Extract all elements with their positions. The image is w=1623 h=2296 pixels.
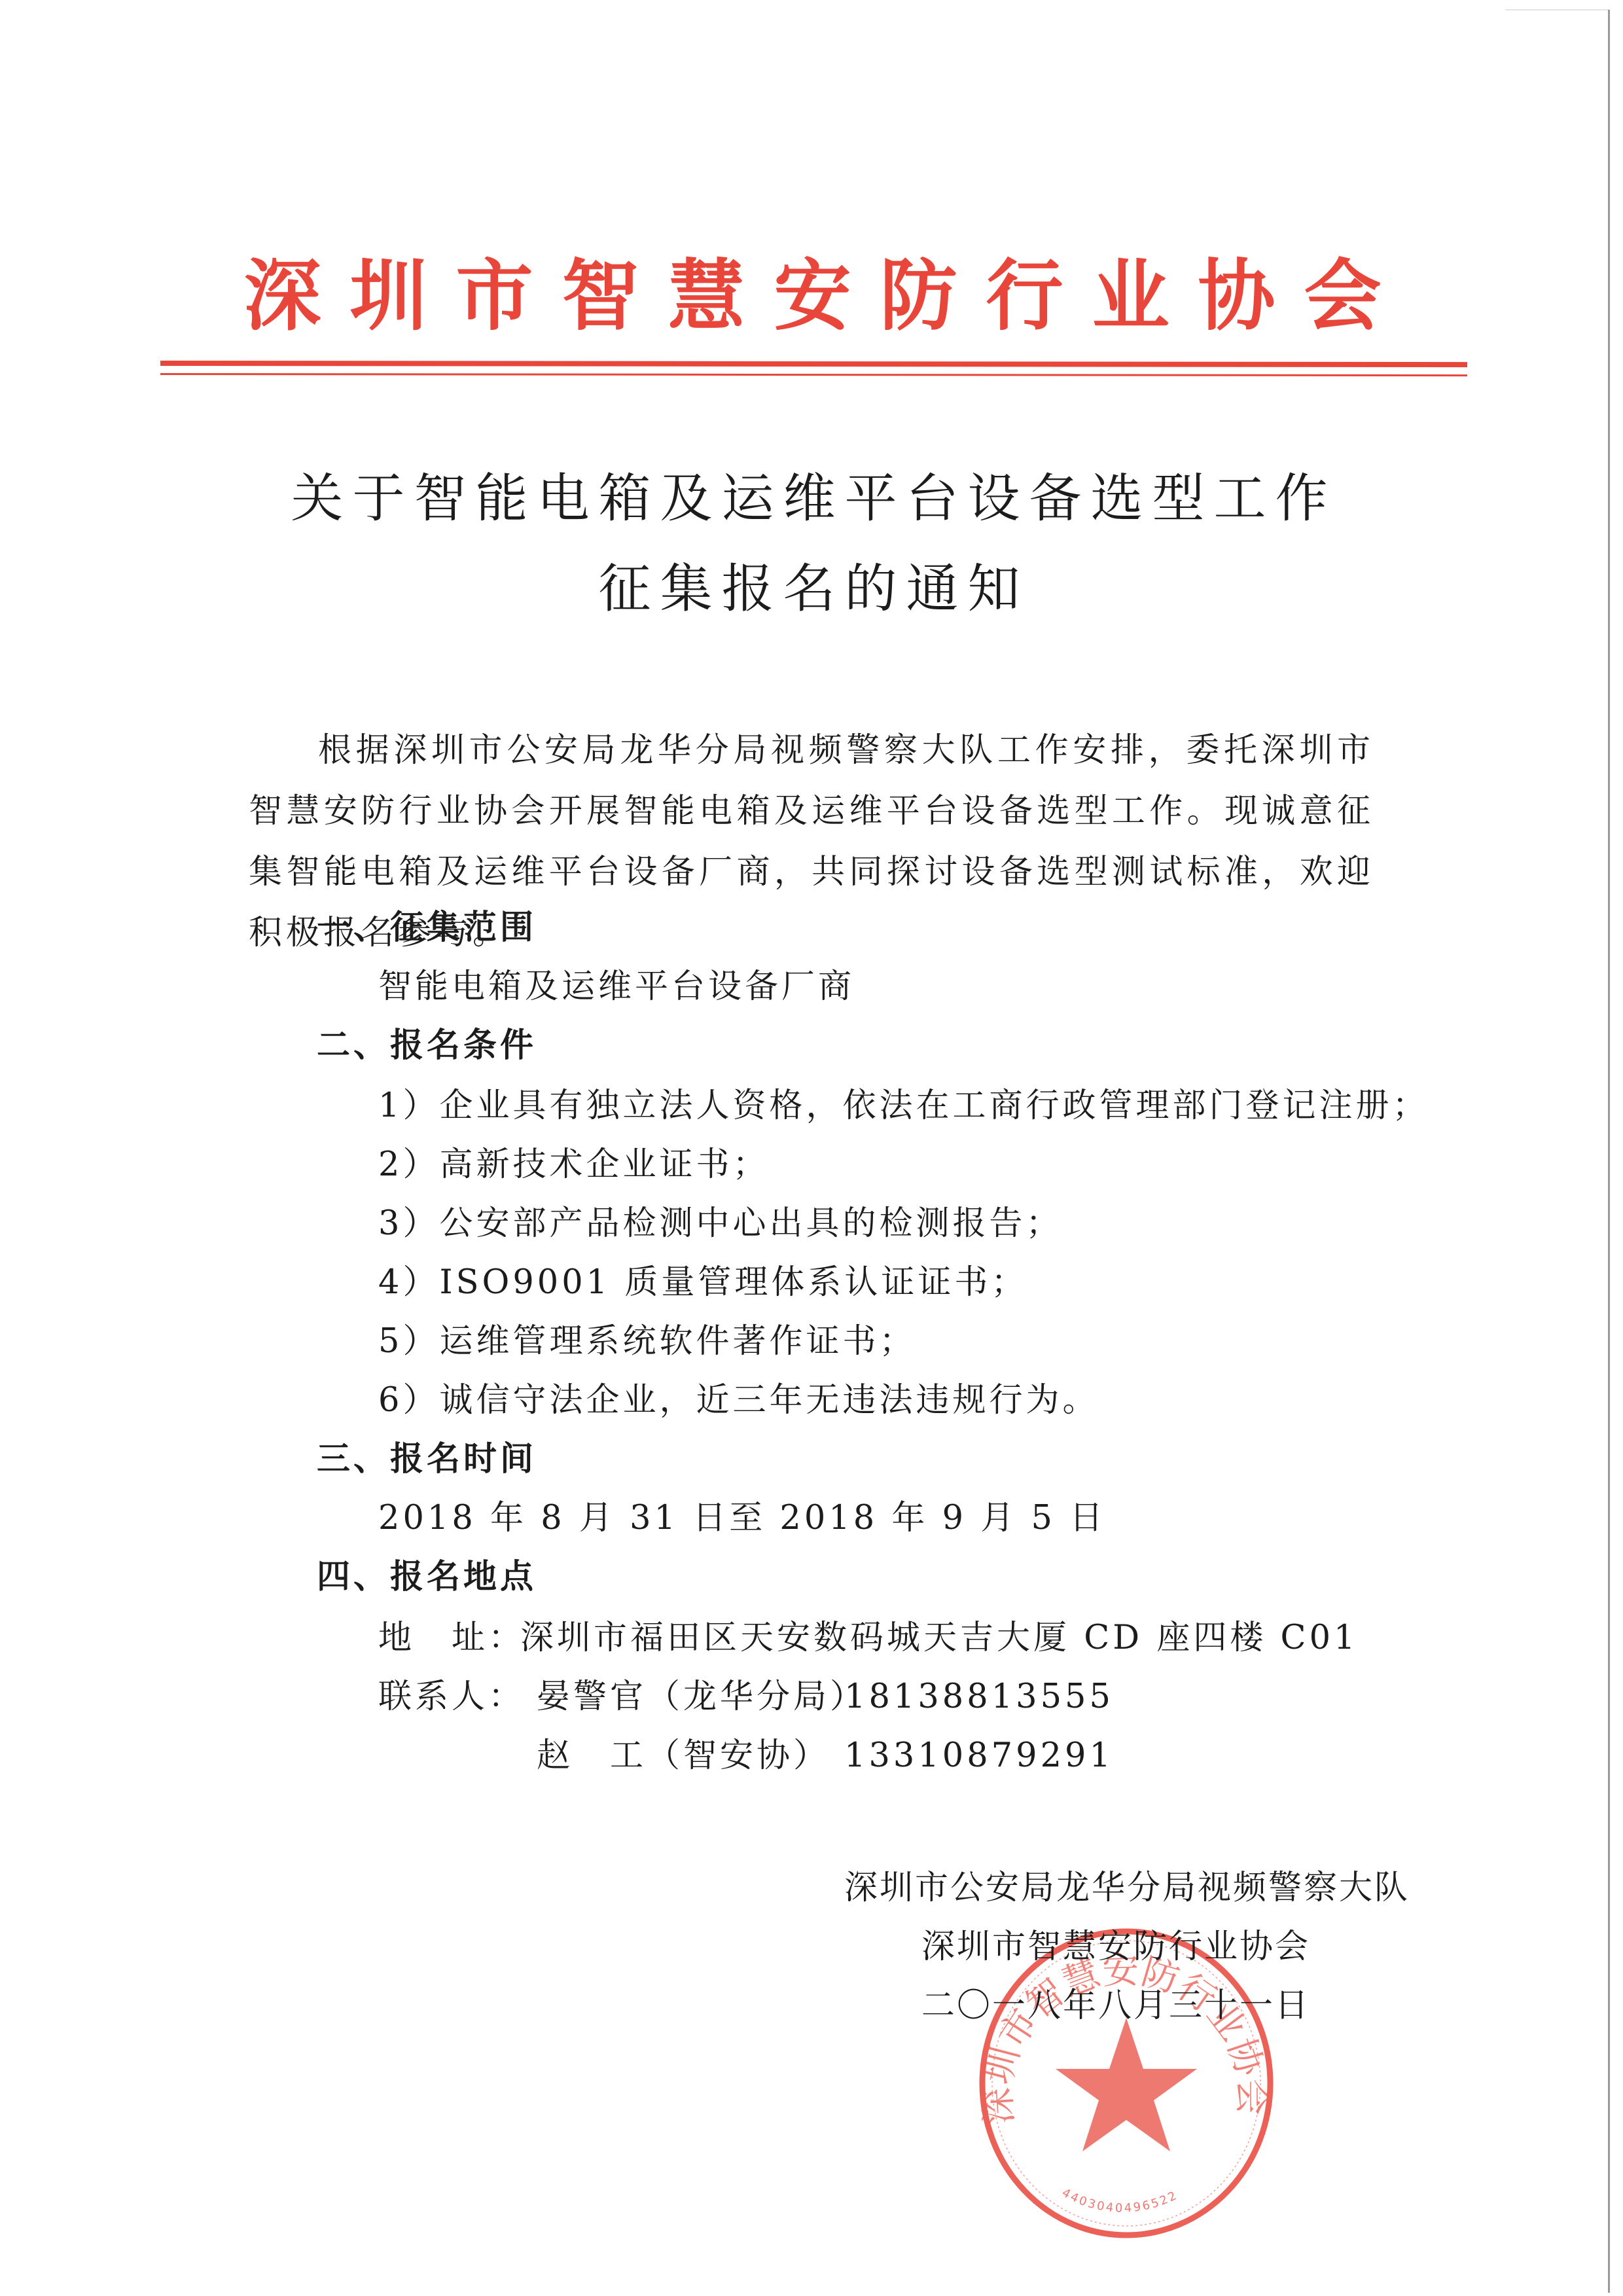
section-heading-conditions: 二、报名条件	[317, 1023, 537, 1069]
section-heading-location: 四、报名地点	[317, 1554, 537, 1600]
condition-item: 6）诚信守法企业，近三年无违法违规行为。	[378, 1378, 1099, 1424]
scan-edge-top	[1505, 9, 1610, 10]
registration-period: 2018 年 8 月 31 日至 2018 年 9 月 5 日	[378, 1496, 1106, 1541]
masthead-org-name: 深圳市智慧安防行业协会	[160, 243, 1467, 348]
document-title-line2: 征集报名的通知	[160, 556, 1467, 622]
contact-label: 联系人：	[378, 1674, 525, 1720]
notice-page: 深圳市智慧安防行业协会 关于智能电箱及运维平台设备选型工作 征集报名的通知 根据…	[0, 0, 1623, 2296]
scan-edge-line	[1608, 10, 1610, 2293]
condition-item: 4）ISO9001 质量管理体系认证证书；	[378, 1260, 1027, 1306]
contact-name: 晏警官（龙华分局）	[537, 1674, 866, 1720]
condition-item: 2）高新技术企业证书；	[378, 1142, 769, 1188]
contact-name: 赵 工（智安协）	[537, 1733, 830, 1779]
svg-text:4403040496522: 4403040496522	[1060, 2186, 1180, 2215]
masthead-rule-thin	[160, 373, 1467, 376]
masthead-rule-thick	[160, 361, 1467, 367]
signature-issuer-police: 深圳市公安局龙华分局视频警察大队	[844, 1865, 1410, 1911]
signature-issuer-association: 深圳市智慧安防行业协会	[921, 1924, 1310, 1970]
signature-date: 二〇一八年八月三十一日	[921, 1983, 1310, 2029]
section-heading-time: 三、报名时间	[317, 1437, 537, 1482]
address-value: 深圳市福田区天安数码城天吉大厦 CD 座四楼 C01	[520, 1615, 1358, 1661]
contact-phone: 18138813555	[844, 1674, 1114, 1720]
seal-code: 4403040496522	[1060, 2186, 1180, 2215]
contact-phone: 13310879291	[844, 1733, 1114, 1779]
section-content-scope: 智能电箱及运维平台设备厂商	[378, 964, 855, 1010]
condition-item: 3）公安部产品检测中心出具的检测报告；	[378, 1201, 1062, 1247]
condition-item: 5）运维管理系统软件著作证书；	[378, 1319, 916, 1365]
address-label: 地 址：	[378, 1615, 525, 1661]
section-heading-scope: 一、征集范围	[317, 905, 537, 951]
condition-item: 1）企业具有独立法人资格，依法在工商行政管理部门登记注册；	[378, 1083, 1429, 1129]
document-title-line1: 关于智能电箱及运维平台设备选型工作	[160, 466, 1467, 531]
